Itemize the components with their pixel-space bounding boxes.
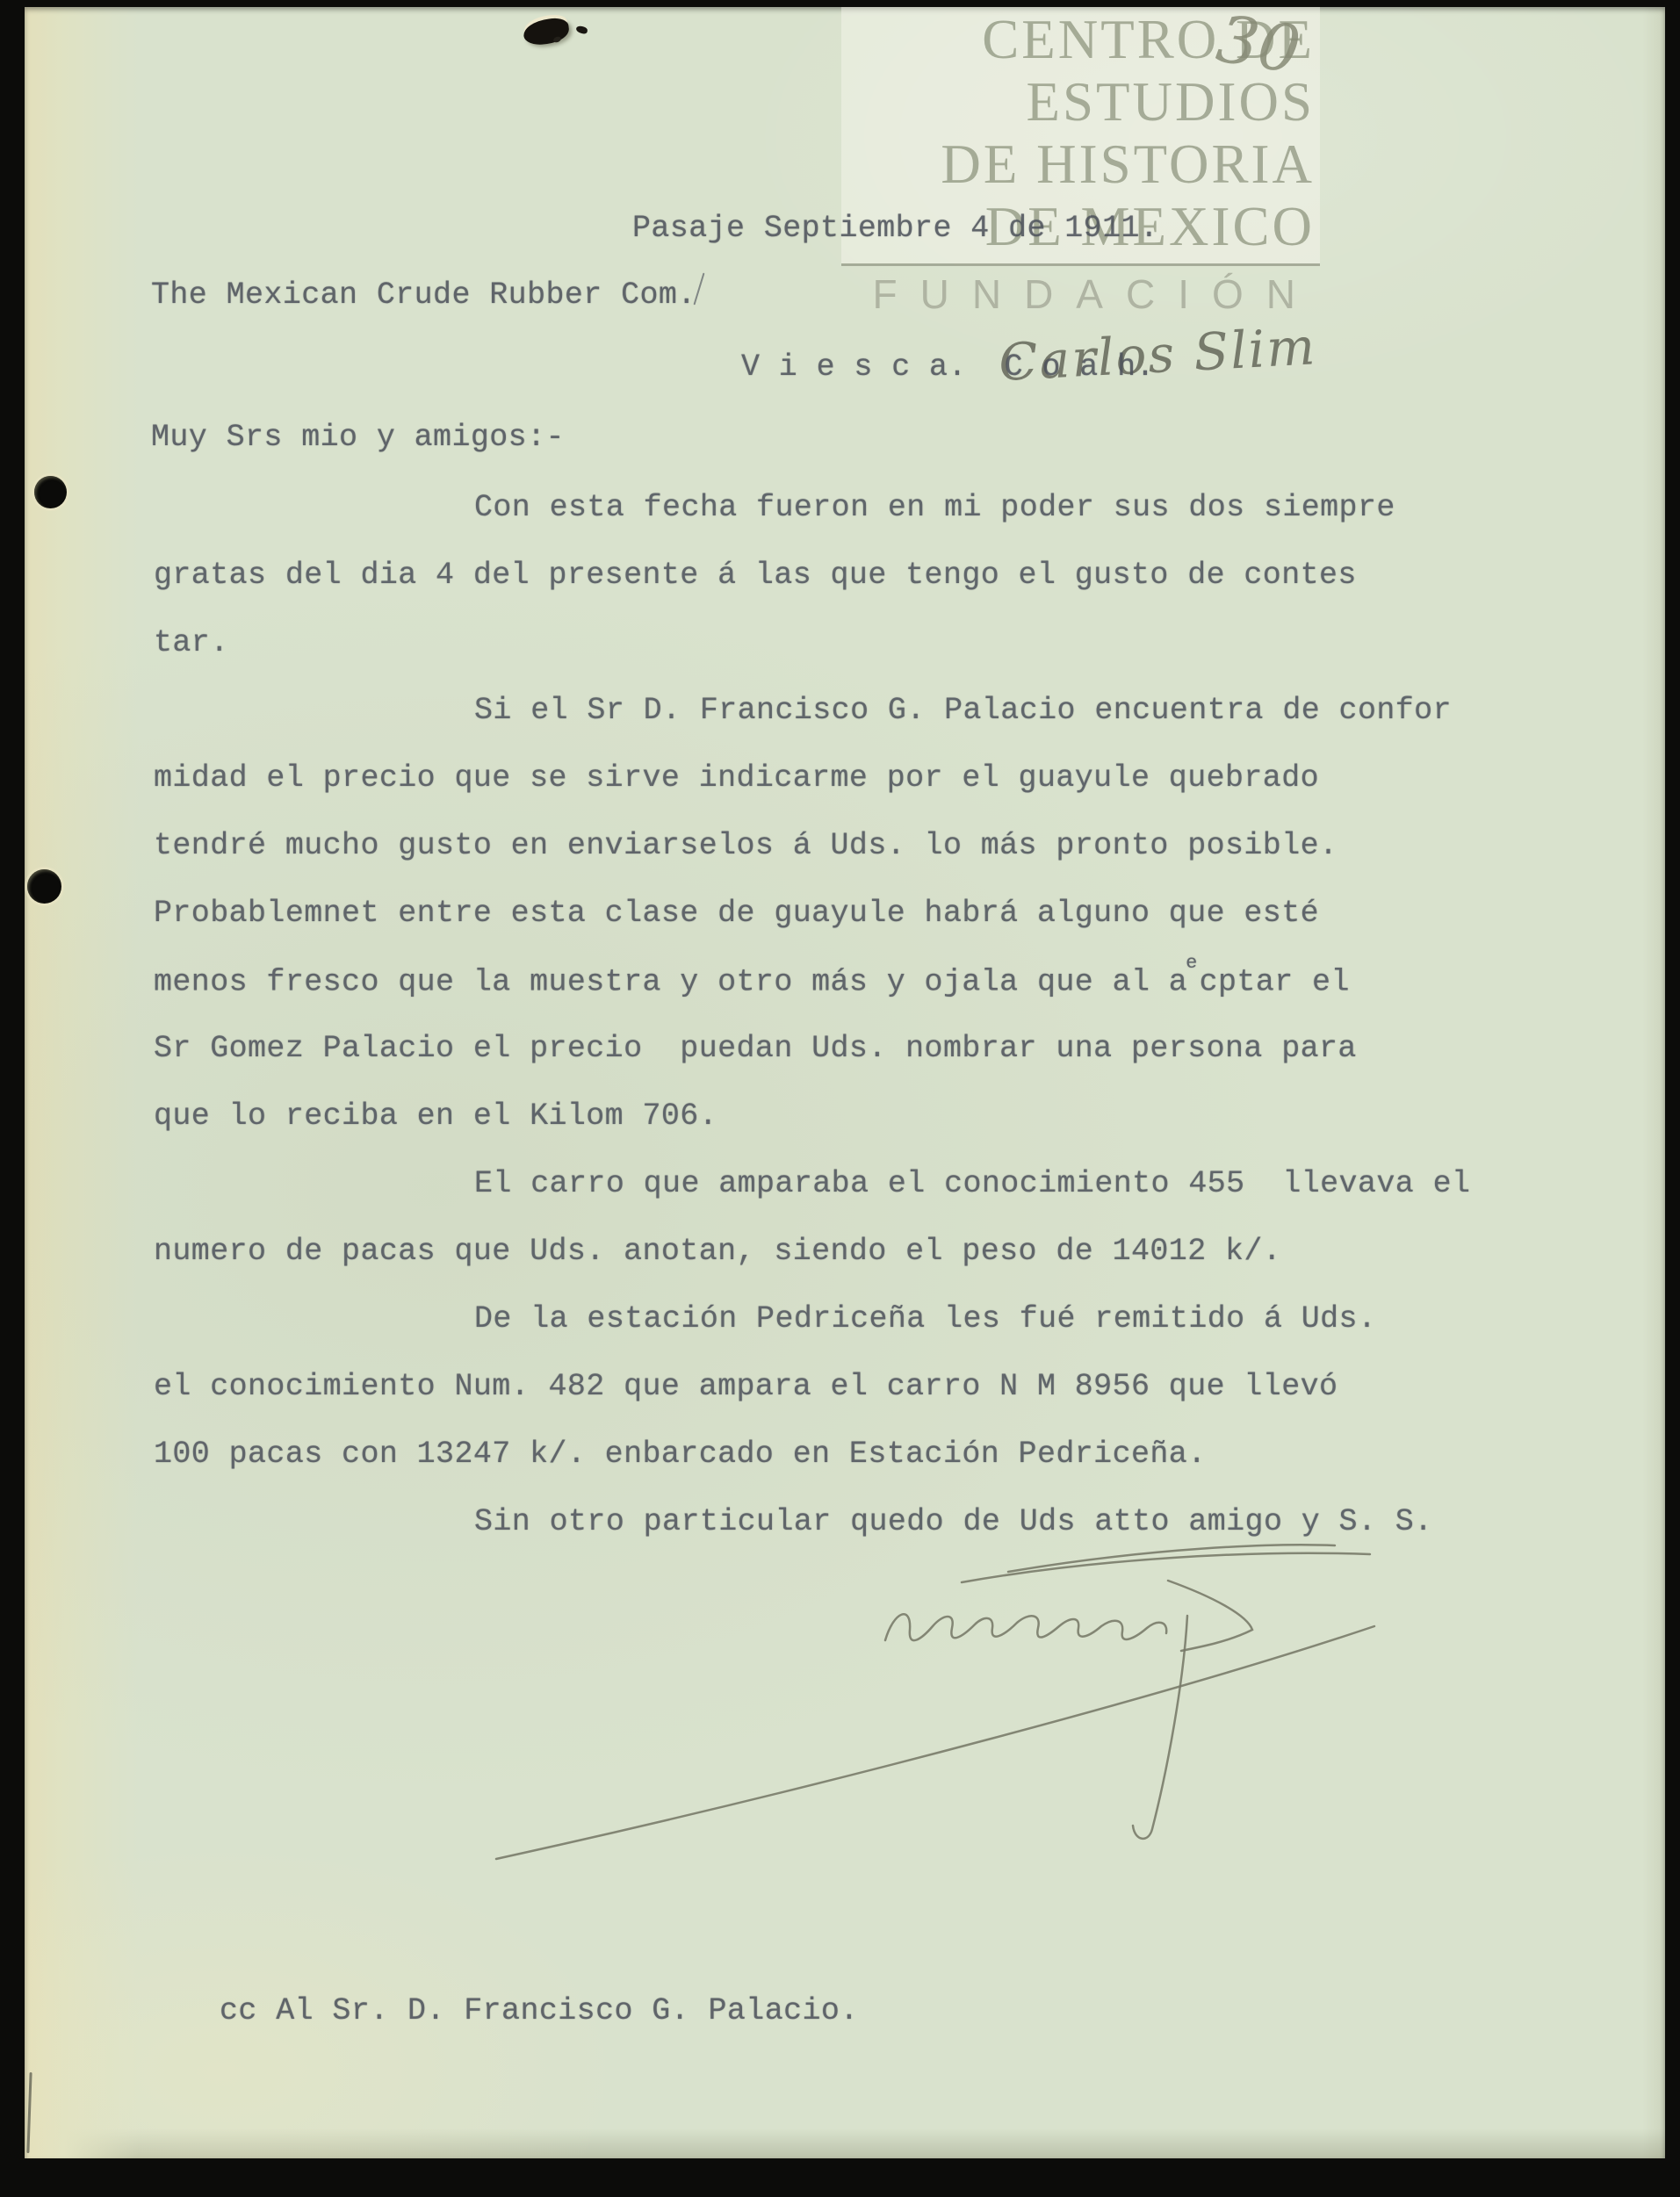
punch-hole-top	[34, 476, 67, 508]
salutation-line: Muy Srs mio y amigos:-	[151, 420, 565, 455]
stamp-foundation-label: FUNDACIÓN	[841, 270, 1320, 318]
cc-line: cc Al Sr. D. Francisco G. Palacio.	[220, 1993, 859, 2028]
signature-stroke	[1133, 1616, 1187, 1839]
signature-stroke	[496, 1626, 1374, 1859]
letter-body: Con esta fecha fueron en mi poder sus do…	[154, 490, 1470, 1572]
signature-stroke	[1168, 1581, 1252, 1651]
letter-line: que lo reciba en el Kilom 706.	[154, 1098, 1470, 1166]
letter-page: CENTRO DEESTUDIOSDE HISTORIADE MEXICO FU…	[25, 7, 1665, 2158]
letter-line: midad el precio que se sirve indicarme p…	[154, 760, 1470, 828]
letter-line: el conocimiento Num. 482 que ampara el c…	[154, 1369, 1470, 1437]
letter-line: 100 pacas con 13247 k/. enbarcado en Est…	[154, 1437, 1470, 1504]
letter-line: gratas del dia 4 del presente á las que …	[154, 558, 1470, 625]
stamp-line: DE HISTORIA	[841, 133, 1315, 196]
letter-line: menos fresco que la muestra y otro más y…	[154, 963, 1470, 1031]
torn-speck	[575, 25, 588, 35]
scanner-background: CENTRO DEESTUDIOSDE HISTORIADE MEXICO FU…	[0, 0, 1680, 2197]
handwritten-page-number: 30	[1212, 1, 1305, 89]
signature-stroke	[885, 1614, 1166, 1640]
letter-line: Sr Gomez Palacio el precio puedan Uds. n…	[154, 1031, 1470, 1098]
signature-stroke	[962, 1553, 1370, 1582]
recipient-line: The Mexican Crude Rubber Com.	[151, 277, 696, 313]
letter-line: El carro que amparaba el conocimiento 45…	[154, 1166, 1470, 1234]
recipient-location-line: V i e s c a. C o a h.	[741, 349, 1155, 385]
letter-line: Con esta fecha fueron en mi poder sus do…	[154, 490, 1470, 558]
letter-line: numero de pacas que Uds. anotan, siendo …	[154, 1234, 1470, 1301]
pencil-edge-mark	[26, 2072, 32, 2153]
letter-line: Si el Sr D. Francisco G. Palacio encuent…	[154, 693, 1470, 760]
punch-hole-bottom	[27, 869, 61, 904]
letter-line: De la estación Pedriceña les fué remitid…	[154, 1301, 1470, 1369]
letter-line: Probablemnet entre esta clase de guayule…	[154, 896, 1470, 963]
torn-spot	[522, 17, 570, 47]
date-line: Pasaje Septiembre 4 de 1911.	[632, 211, 1158, 246]
handwritten-signature	[481, 1522, 1412, 1873]
letter-line: tar.	[154, 625, 1470, 693]
letter-line: tendré mucho gusto en enviarselos á Uds.…	[154, 828, 1470, 896]
